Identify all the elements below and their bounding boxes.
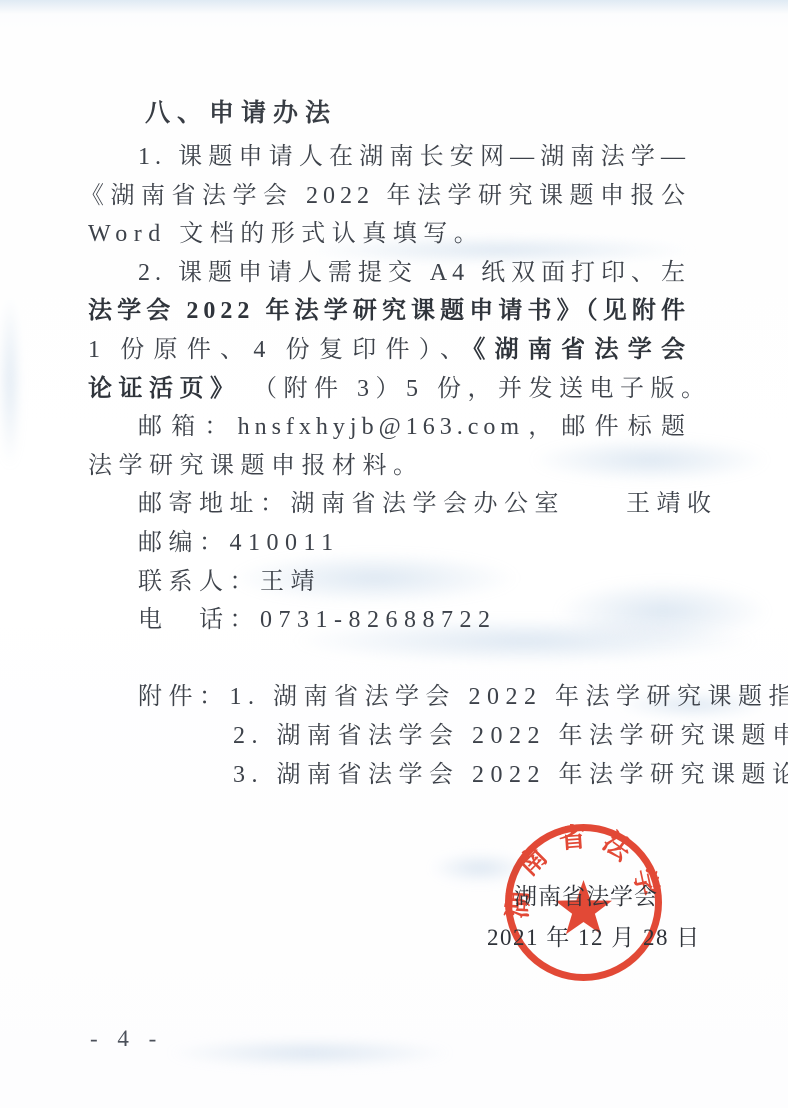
section-heading: 八、申请办法 xyxy=(88,88,690,138)
text-line: 邮寄地址：湖南省法学会办公室 王靖收 xyxy=(88,485,690,524)
text-line: 2. 课题申请人需提交 A4 纸双面打印、左侧装订的《湖南省 xyxy=(88,254,690,293)
text-line: 1. 课题申请人在湖南长安网—湖南法学—课题研究下载 xyxy=(88,138,690,177)
text-line: 附件：1. 湖南省法学会 2022 年法学研究课题指南 xyxy=(88,678,690,717)
text-line: 3. 湖南省法学会 2022 年法学研究课题论证活页 xyxy=(88,756,690,795)
document-body: 1. 课题申请人在湖南长安网—湖南法学—课题研究下载《湖南省法学会 2022 年… xyxy=(88,138,690,794)
text-segment: 1 份原件、4 份复印件）、 xyxy=(88,337,473,363)
text-segment: 2. 课题申请人需提交 A4 纸双面打印、左侧装订的 xyxy=(88,260,690,293)
text-segment: 《湖南省法学会 2022 年法学研究课题申报公告》及相关附件，以 xyxy=(80,183,690,216)
text-line: 法学会 2022 年法学研究课题申请书》（见附件 2）一式 5 份（含 xyxy=(88,292,690,331)
text-segment: 3. 湖南省法学会 2022 年法学研究课题论证活页 xyxy=(233,762,788,788)
text-segment: 电 话：0731-82688722 xyxy=(138,607,497,633)
blank-line xyxy=(88,640,690,679)
text-segment: 联系人：王靖 xyxy=(138,569,321,595)
signature-date: 2021 年 12 月 28 日 xyxy=(487,919,701,952)
text-line: 1 份原件、4 份复印件）、《湖南省法学会 2022 年法学研究课题 xyxy=(88,331,690,370)
text-segment: 1. 课题申请人在湖南长安网—湖南法学—课题研究下载 xyxy=(88,144,690,177)
text-segment: 法学研究课题申报材料。 xyxy=(88,453,424,479)
document-text: 八、申请办法 1. 课题申请人在湖南长安网—湖南法学—课题研究下载《湖南省法学会… xyxy=(88,88,690,794)
scan-edge-artifact xyxy=(0,0,788,14)
page-number: - 4 - xyxy=(90,1026,163,1052)
scanned-document-page: 八、申请办法 1. 课题申请人在湖南长安网—湖南法学—课题研究下载《湖南省法学会… xyxy=(0,0,788,1108)
text-segment: 附件：1. 湖南省法学会 2022 年法学研究课题指南 xyxy=(138,684,788,710)
text-line: 电 话：0731-82688722 xyxy=(88,601,690,640)
text-line: 邮箱：hnsfxhyjb@163.com，邮件标题为：XX 同志 2022 年 xyxy=(88,408,690,447)
text-line: 《湖南省法学会 2022 年法学研究课题申报公告》及相关附件，以 xyxy=(80,177,690,216)
text-line: 联系人：王靖 xyxy=(88,563,690,602)
bold-text-segment: 法学会 2022 年法学研究课题申请书》（见附件 2） xyxy=(88,298,690,331)
text-line: 论证活页》 （附件 3）5 份，并发送电子版。 xyxy=(88,370,690,409)
text-segment: Word 文档的形式认真填写。 xyxy=(88,221,484,247)
text-line: 邮编：410011 xyxy=(88,524,690,563)
scan-artifact xyxy=(0,290,20,470)
signature-org: 湖南省法学会 xyxy=(514,878,658,911)
text-line: 2. 湖南省法学会 2022 年法学研究课题申请书 xyxy=(88,717,690,756)
scan-artifact xyxy=(165,1038,455,1068)
text-segment: 邮箱：hnsfxhyjb@163.com，邮件标题为：XX 同志 2022 年 xyxy=(88,414,690,447)
text-segment: （附件 3）5 份，并发送电子版。 xyxy=(241,376,712,402)
bold-text-segment: 论证活页》 xyxy=(88,376,241,402)
text-line: 法学研究课题申报材料。 xyxy=(88,447,690,486)
text-segment: 2. 湖南省法学会 2022 年法学研究课题申请书 xyxy=(233,723,788,749)
text-segment: 邮编：410011 xyxy=(138,530,340,556)
text-segment: 邮寄地址：湖南省法学会办公室 王靖收 xyxy=(138,491,718,517)
text-line: Word 文档的形式认真填写。 xyxy=(88,215,690,254)
